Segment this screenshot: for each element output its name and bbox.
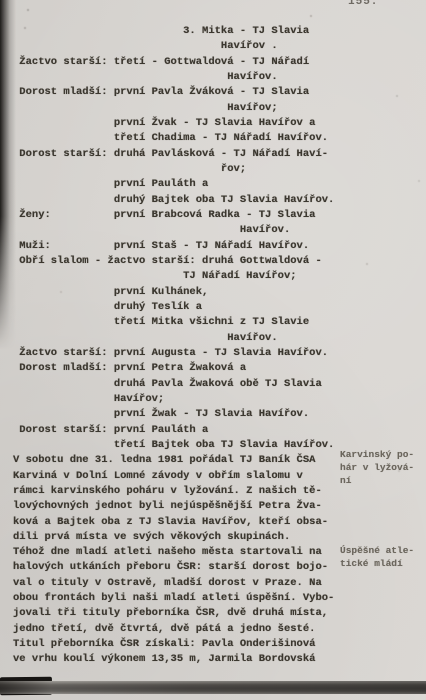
typed-text-line: jovali tři tituly přeborníka ČSR, dvě dr… — [13, 606, 413, 621]
typed-text-line: jedno třetí, dvě čtvrtá, dvě pátá a jedn… — [13, 622, 413, 637]
typed-text-line: Havířov; — [13, 392, 413, 407]
typed-text-line: řov; — [13, 162, 413, 177]
typed-text-line: první Žvak - TJ Slavia Havířov a — [13, 116, 413, 131]
typed-text-line: Havířov. — [13, 70, 413, 85]
typed-text-line: první Kulhánek, — [13, 285, 413, 300]
page-number: 155. — [348, 0, 378, 8]
typed-text-line: TJ Nářadí Havířov; — [13, 269, 413, 284]
typed-text-line: Dorost starší: první Pauláth a — [13, 423, 413, 438]
typed-text-line: druhý Teslík a — [13, 300, 413, 315]
typed-text-line: Ženy: první Brabcová Radka - TJ Slavia — [13, 208, 413, 223]
typed-text-line: Havířov; — [13, 101, 413, 116]
typed-text-line: první Žwak - TJ Slavia Havířov. — [13, 407, 413, 422]
typed-text-line: Muži: první Staš - TJ Nářadí Havířov. — [13, 239, 413, 254]
typed-text-line: Havířov. — [13, 223, 413, 238]
typed-text-line: třetí Chadima - TJ Nářadí Havířov. — [13, 131, 413, 146]
typed-text-line: obou frontách byli naši mladí atleti úsp… — [13, 591, 413, 606]
paper-specks — [0, 0, 2, 2]
typed-text-line: druhá Pavla Žwaková obě TJ Slavia — [13, 377, 413, 392]
typed-text-line: Titul přeborníka ČSR získali: Pavla Onde… — [13, 637, 413, 652]
typed-text-line: dili prvá místa ve svých věkových skupin… — [13, 530, 413, 545]
typed-text-line: Žactvo starší: první Augusta - TJ Slavia… — [13, 346, 413, 361]
scanned-document-page: 155. 3. Mitka - TJ Slavia Havířov . Žact… — [0, 0, 426, 700]
typed-text-line: druhý Bajtek oba TJ Slavia Havířov. — [13, 193, 413, 208]
typed-text-line: Havířov . — [13, 39, 413, 54]
typed-text-line: Dorost starší: druhá Pavlásková - TJ Nář… — [13, 147, 413, 162]
typed-text-line: Žactvo starší: třetí - Gottwaldová - TJ … — [13, 55, 413, 70]
typed-text-block: 3. Mitka - TJ Slavia Havířov . Žactvo st… — [13, 24, 413, 668]
typed-text-line: první Pauláth a — [13, 177, 413, 192]
typed-text-line: Dorost mladší: první Petra Žwaková a — [13, 361, 413, 376]
typed-text-line: ve vrhu koulí výkonem 13,35 m, Jarmila B… — [13, 652, 413, 667]
typed-text-line: Havířov. — [13, 331, 413, 346]
margin-note-ski-cup: Karvinský po- hár v lyžová- ní — [340, 449, 414, 487]
typed-text-line: val o tituly v Ostravě, mladší dorost v … — [13, 576, 413, 591]
typed-text-line: lovýchovných jednot byli nejúspěšnější P… — [13, 499, 413, 514]
scan-edge-bar — [0, 681, 426, 694]
typed-text-line: 3. Mitka - TJ Slavia — [13, 24, 413, 39]
typed-text-line: třetí Mitka všichni z TJ Slavie — [13, 315, 413, 330]
typed-text-line: Obří slalom - žactvo starší: druhá Gottw… — [13, 254, 413, 269]
margin-note-athletics: Úspěšné atle- tické mládí — [340, 545, 414, 571]
typed-text-line: Dorost mladší: první Pavla Žváková - TJ … — [13, 85, 413, 100]
typed-text-line: ková a Bajtek oba z TJ Slavia Havířov, k… — [13, 515, 413, 530]
